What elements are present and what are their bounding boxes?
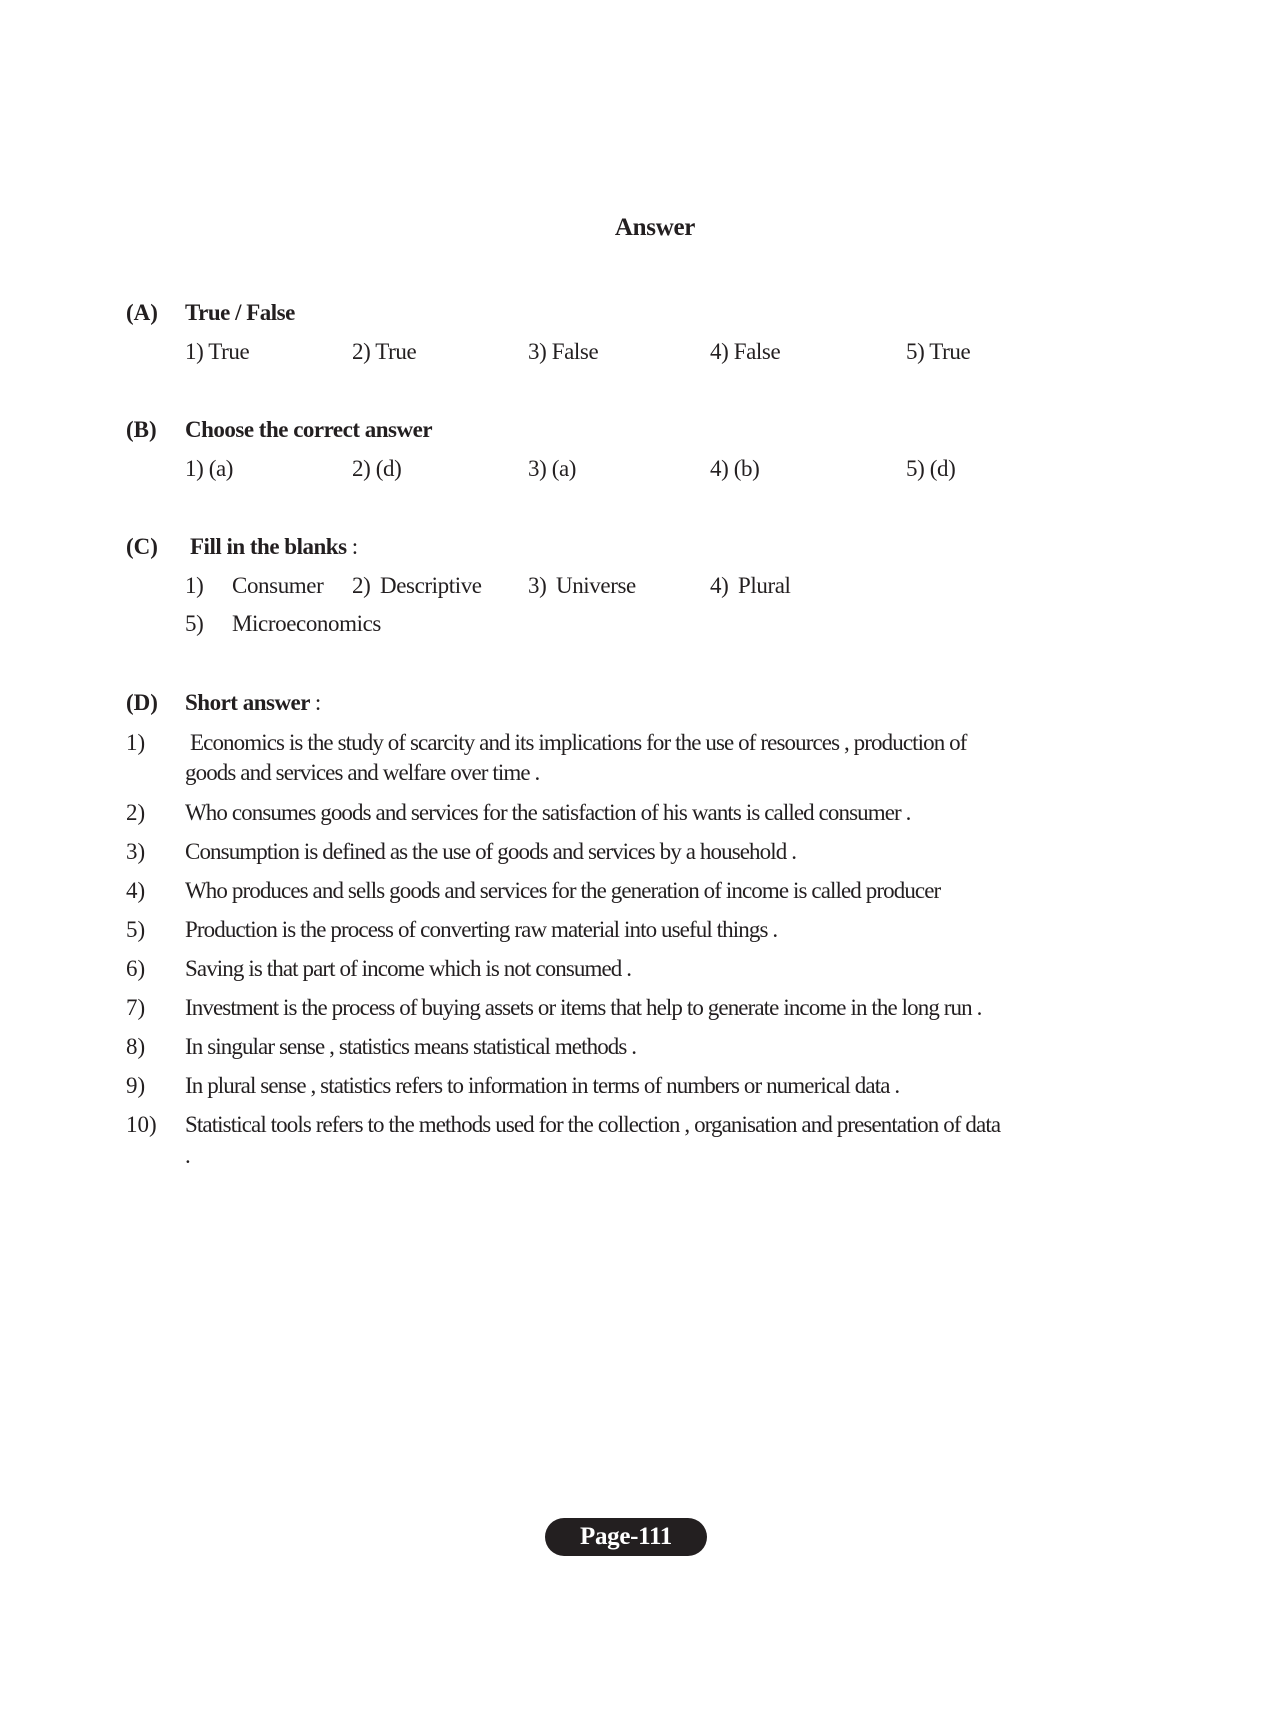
answer-b-3: 3) (a)	[528, 456, 576, 482]
short-answer-6: Saving is that part of income which is n…	[185, 956, 631, 982]
short-answer-num-5: 5)	[126, 917, 145, 943]
section-b-title: Choose the correct answer	[185, 417, 432, 443]
answer-b-4: 4) (b)	[710, 456, 759, 482]
short-answer-3: Consumption is defined as the use of goo…	[185, 839, 796, 865]
short-answer-2: Who consumes goods and services for the …	[185, 800, 911, 826]
short-answer-10-line-1: Statistical tools refers to the methods …	[185, 1112, 1000, 1138]
section-d-title: Short answer :	[185, 690, 321, 716]
short-answer-8: In singular sense , statistics means sta…	[185, 1034, 636, 1060]
short-answer-num-8: 8)	[126, 1034, 145, 1060]
answer-b-1: 1) (a)	[185, 456, 233, 482]
fill-text-4: Plural	[738, 573, 791, 599]
short-answer-num-6: 6)	[126, 956, 145, 982]
page-number-badge: Page-111	[545, 1518, 707, 1556]
fill-text-3: Universe	[556, 573, 636, 599]
page-title: Answer	[0, 214, 1275, 242]
short-answer-9: In plural sense , statistics refers to i…	[185, 1073, 899, 1099]
section-c-letter: (C)	[126, 534, 158, 560]
section-b-letter: (B)	[126, 417, 157, 443]
short-answer-num-9: 9)	[126, 1073, 145, 1099]
short-answer-1-line-2: goods and services and welfare over time…	[185, 760, 539, 786]
answer-a-3: 3) False	[528, 339, 598, 365]
answer-a-4: 4) False	[710, 339, 780, 365]
short-answer-5: Production is the process of converting …	[185, 917, 777, 943]
fill-num-1: 1)	[185, 573, 203, 599]
fill-num-3: 3)	[528, 573, 546, 599]
fill-num-4: 4)	[710, 573, 728, 599]
section-d-title-colon: :	[315, 690, 321, 715]
short-answer-1-line-1: Economics is the study of scarcity and i…	[190, 730, 967, 756]
section-c-title-text: Fill in the blanks	[190, 534, 347, 559]
answer-b-5: 5) (d)	[906, 456, 955, 482]
section-d-letter: (D)	[126, 690, 158, 716]
answer-a-2: 2) True	[352, 339, 416, 365]
answer-a-1: 1) True	[185, 339, 249, 365]
section-a-title: True / False	[185, 300, 295, 326]
short-answer-num-1: 1)	[126, 730, 145, 756]
short-answer-num-7: 7)	[126, 995, 145, 1021]
answer-b-2: 2) (d)	[352, 456, 401, 482]
section-c-title-colon: :	[352, 534, 358, 559]
fill-text-2: Descriptive	[380, 573, 482, 599]
fill-text-5: Microeconomics	[232, 611, 381, 637]
short-answer-num-10: 10)	[126, 1112, 157, 1138]
short-answer-10-line-2: .	[185, 1143, 190, 1169]
short-answer-4: Who produces and sells goods and service…	[185, 878, 940, 904]
short-answer-num-3: 3)	[126, 839, 145, 865]
fill-num-2: 2)	[352, 573, 370, 599]
short-answer-num-2: 2)	[126, 800, 145, 826]
answer-a-5: 5) True	[906, 339, 970, 365]
section-c-title: Fill in the blanks :	[190, 534, 358, 560]
section-a-letter: (A)	[126, 300, 158, 326]
short-answer-num-4: 4)	[126, 878, 145, 904]
fill-num-5: 5)	[185, 611, 203, 637]
section-d-title-text: Short answer	[185, 690, 310, 715]
short-answer-7: Investment is the process of buying asse…	[185, 995, 981, 1021]
fill-text-1: Consumer	[232, 573, 323, 599]
